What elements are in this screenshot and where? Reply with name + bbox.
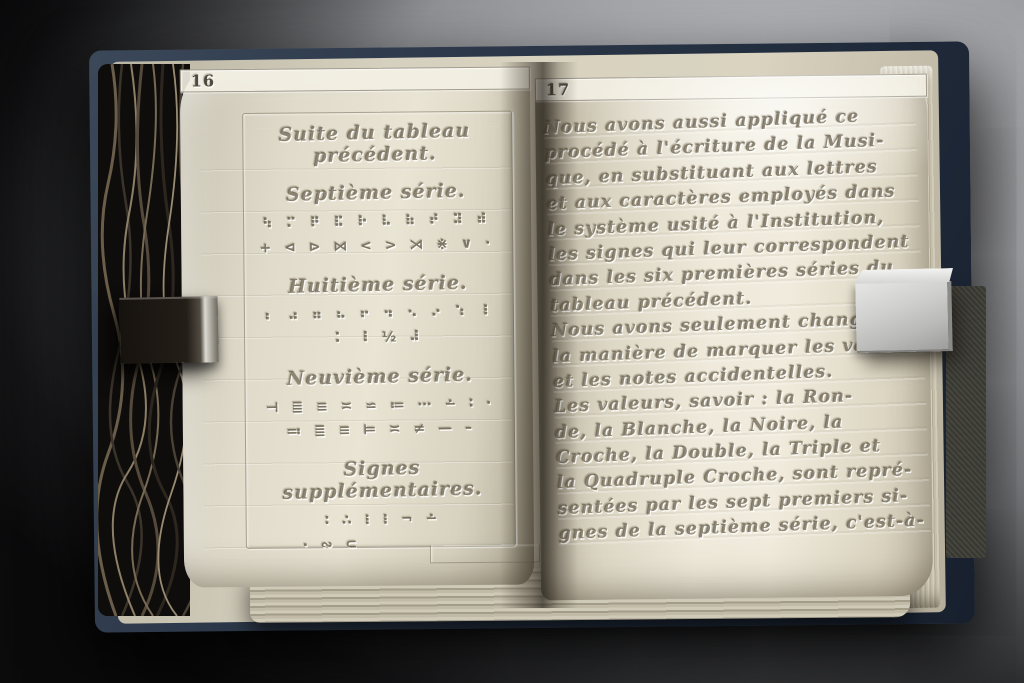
section-heading-8: Huitième série.	[239, 271, 517, 299]
table-title: Suite du tableau précédent.	[235, 119, 514, 169]
photo-stage: 16 Suite du tableau précédent. Septième …	[0, 0, 1024, 683]
left-page-table: Suite du tableau précédent. Septième sér…	[235, 119, 523, 559]
section-heading-9: Neuvième série.	[241, 363, 519, 391]
right-metal-clasp	[855, 281, 952, 353]
left-page: 16 Suite du tableau précédent. Septième …	[180, 66, 535, 587]
section-heading-supplementary: Signes supplémentaires.	[243, 455, 522, 505]
section-heading-7: Septième série.	[237, 179, 515, 207]
left-metal-clasp	[119, 296, 218, 364]
left-page-number: 16	[180, 66, 530, 92]
symbol-row: + ⊲ ⊳ ⋈ < > ⋊ ⋇ ∨ ·	[238, 231, 516, 261]
clasp-top-face	[853, 268, 953, 284]
